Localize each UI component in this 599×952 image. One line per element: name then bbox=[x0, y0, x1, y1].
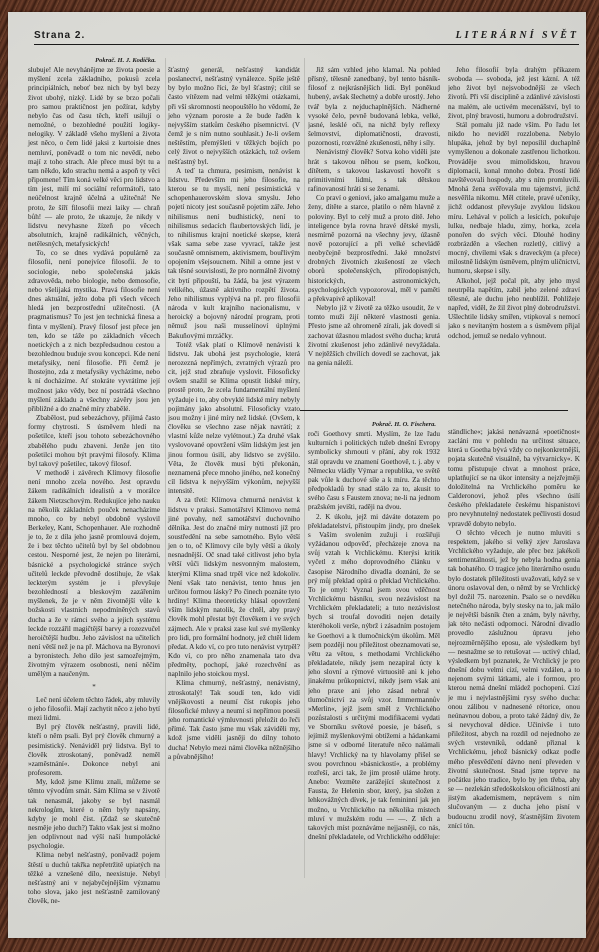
page-number: Strana 2. bbox=[34, 30, 85, 41]
paragraph: Byl prý člověk nešťastný, pravili lidé, … bbox=[28, 723, 160, 778]
publication-title: LITERÁRNÍ SVĚT bbox=[456, 30, 579, 41]
section-divider-asterisk: * bbox=[28, 683, 160, 692]
paragraph: Nebylo již v životě za těžko usoudit, že… bbox=[308, 304, 440, 368]
article1-column-2: šťastný generál, nešťastný kandidát posl… bbox=[168, 66, 300, 926]
article-separator-rule bbox=[300, 410, 568, 411]
paragraph: Zbabělost, pud sebezáchovy, přijímá čast… bbox=[28, 414, 160, 469]
paragraph: Klíma chmurný, nešťastný, nenávistný, zt… bbox=[168, 679, 300, 761]
paragraph: Stál pomalu již nade vším. Po řadu let n… bbox=[448, 121, 580, 277]
paragraph: Klíma nebyl nešťastný, poněvadž pojem št… bbox=[28, 851, 160, 906]
paragraph: Již sám vzhled jeho klamal. Na pohled př… bbox=[308, 66, 440, 148]
paragraph: Co praví o geniovi, jako amalgamu muže a… bbox=[308, 194, 440, 304]
paragraph: ständliche«; jakási nenávazná »poetičnos… bbox=[448, 428, 580, 529]
paragraph: slubuje! Ale nevyháněјme ze života poesi… bbox=[28, 66, 160, 249]
newspaper-page: Strana 2. LITERÁRNÍ SVĚT Pokrač. H. J. K… bbox=[8, 12, 586, 938]
paragraph: To, co se dnes vydává populárně za filos… bbox=[28, 249, 160, 414]
article1-column-1: Pokrač. H. J. Kodíčka. slubuje! Ale nevy… bbox=[28, 56, 160, 926]
page-header: Strana 2. LITERÁRNÍ SVĚT bbox=[34, 30, 579, 45]
paragraph: A za třetí: Klímova chmurná nenávist k l… bbox=[168, 496, 300, 679]
paragraph: Jeho filosofií byla drahým příkazem svob… bbox=[448, 66, 580, 121]
article1-byline: Pokrač. H. J. Kodíčka. bbox=[28, 56, 156, 65]
paragraph: šťastný generál, nešťastný kandidát posl… bbox=[168, 66, 300, 167]
paragraph: 2. K úkolu, jejž mi dáváte dotazem po př… bbox=[308, 513, 440, 840]
paragraph: V methodě i závěrech Klímovy filosofie n… bbox=[28, 469, 160, 680]
article2-column-4: ständliche«; jakási nenávazná »poetičnos… bbox=[448, 428, 580, 846]
article2-byline: Pokrač. H. O. Fischera. bbox=[308, 420, 436, 429]
article1-column-4: Jeho filosofií byla drahým příkazem svob… bbox=[448, 66, 580, 402]
paragraph: Nenávistný člověk? Sotva koho viděli jst… bbox=[308, 148, 440, 194]
paragraph: A teď ta chmura, pesimism, nenávist k li… bbox=[168, 167, 300, 341]
article1-column-3: Již sám vzhled jeho klamal. Na pohled př… bbox=[308, 66, 440, 402]
column-separator bbox=[165, 58, 166, 878]
paragraph: Totéž však platí o Klímově nenávisti k l… bbox=[168, 341, 300, 497]
paragraph: Alkohol, jejž počal pít, aby jeho mysl n… bbox=[448, 277, 580, 341]
paragraph: Leč není účelem těchto řádek, aby mluvil… bbox=[28, 696, 160, 723]
column-separator bbox=[304, 58, 305, 878]
paragraph: roči Goethovy smrti. Myslím, že lze řadu… bbox=[308, 430, 440, 512]
paragraph: O těchto věcech je nutno mluviti s respe… bbox=[448, 529, 580, 831]
paragraph: My, kdož jsme Klímu znali, můžeme se těm… bbox=[28, 778, 160, 851]
article2-column-3: Pokrač. H. O. Fischera. roči Goethovy sm… bbox=[308, 420, 440, 840]
